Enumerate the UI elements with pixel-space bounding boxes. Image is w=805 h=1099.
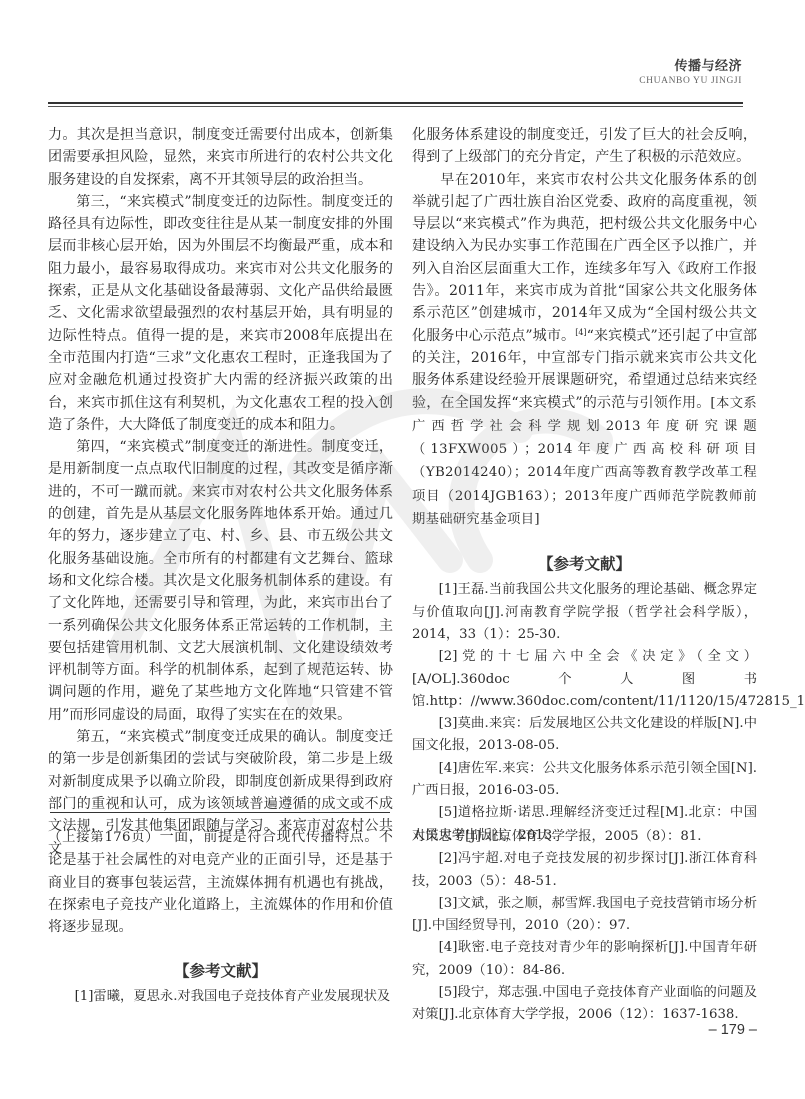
lower-right-column: 对策思考[J].北京体育大学学报，2005（8）：81. [2]冯宇超.对电子竞… [412, 826, 757, 1027]
reference-item: [2]冯宇超.对电子竞技发展的初步探讨[J].浙江体育科技，2003（5）：48… [412, 848, 757, 893]
citation-superscript: [4] [575, 328, 586, 337]
references-heading: 【参考文献】 [412, 553, 757, 575]
reference-item: [3]莫曲.来宾：后发展地区公共文化建设的样版[N].中国文化报，2013-08… [412, 713, 757, 758]
body-paragraph: 化服务体系建设的制度变迁，引发了巨大的社会反响，得到了上级部门的充分肯定，产生了… [412, 124, 757, 169]
journal-title: 传播与经济 [674, 55, 742, 74]
reference-item: [4]耿密.电子竞技对青少年的影响探析[J].中国青年研究，2009（10）：8… [412, 937, 757, 982]
reference-item: 对策思考[J].北京体育大学学报，2005（8）：81. [412, 826, 757, 848]
body-paragraph: 早在2010年，来宾市农村公共文化服务体系的创举就引起了广西壮族自治区党委、政府… [412, 169, 757, 532]
paragraph-text: 早在2010年，来宾市农村公共文化服务体系的创举就引起了广西壮族自治区党委、政府… [412, 172, 757, 344]
page-number: – 179 – [709, 1022, 757, 1038]
body-paragraph: 第四，“来宾模式”制度变迁的渐进性。制度变迁，是用新制度一点点取代旧制度的过程，… [48, 436, 393, 726]
references-heading: 【参考文献】 [48, 960, 393, 982]
lower-left-column: （上接第176页）一面，前提是符合现代传播特点。不论是基于社会属性的对电竞产业的… [48, 826, 393, 1009]
body-paragraph: （上接第176页）一面，前提是符合现代传播特点。不论是基于社会属性的对电竞产业的… [48, 826, 393, 938]
article-divider-rule [50, 812, 390, 813]
reference-item: [1]王磊.当前我国公共文化服务的理论基础、概念界定与价值取向[J].河南教育学… [412, 579, 757, 646]
funding-note: [本文系广西哲学社会科学规划2013年度研究课题（13FXW005）；2014年… [412, 396, 757, 527]
body-paragraph: 力。其次是担当意识，制度变迁需要付出成本，创新集团需要承担风险，显然，来宾市所进… [48, 124, 393, 191]
upper-right-column: 化服务体系建设的制度变迁，引发了巨大的社会反响，得到了上级部门的充分肯定，产生了… [412, 124, 757, 847]
header-double-rule [48, 102, 743, 107]
reference-item: [4]唐佐军.来宾：公共文化服务体系示范引领全国[N].广西日报，2016-03… [412, 758, 757, 803]
reference-item: [2]党的十七届六中全会《决定》（全文）[A/OL].360doc个人图书馆.h… [412, 646, 757, 713]
reference-item: [3]文斌，张之顺，郝雪辉.我国电子竞技营销市场分析[J].中国经贸导刊，201… [412, 893, 757, 938]
journal-title-pinyin: CHUANBO YU JINGJI [639, 76, 742, 86]
reference-item: [5]段宁，郑志强.中国电子竞技体育产业面临的问题及对策[J].北京体育大学学报… [412, 982, 757, 1027]
body-paragraph: 第三，“来宾模式”制度变迁的边际性。制度变迁的路径具有边际性，即改变往往是从某一… [48, 191, 393, 436]
upper-left-column: 力。其次是担当意识，制度变迁需要付出成本，创新集团需要承担风险，显然，来宾市所进… [48, 124, 393, 860]
reference-item: [1]雷曦，夏思永.对我国电子竞技体育产业发展现状及 [48, 986, 393, 1008]
continuation-note: （上接第176页） [48, 830, 160, 845]
